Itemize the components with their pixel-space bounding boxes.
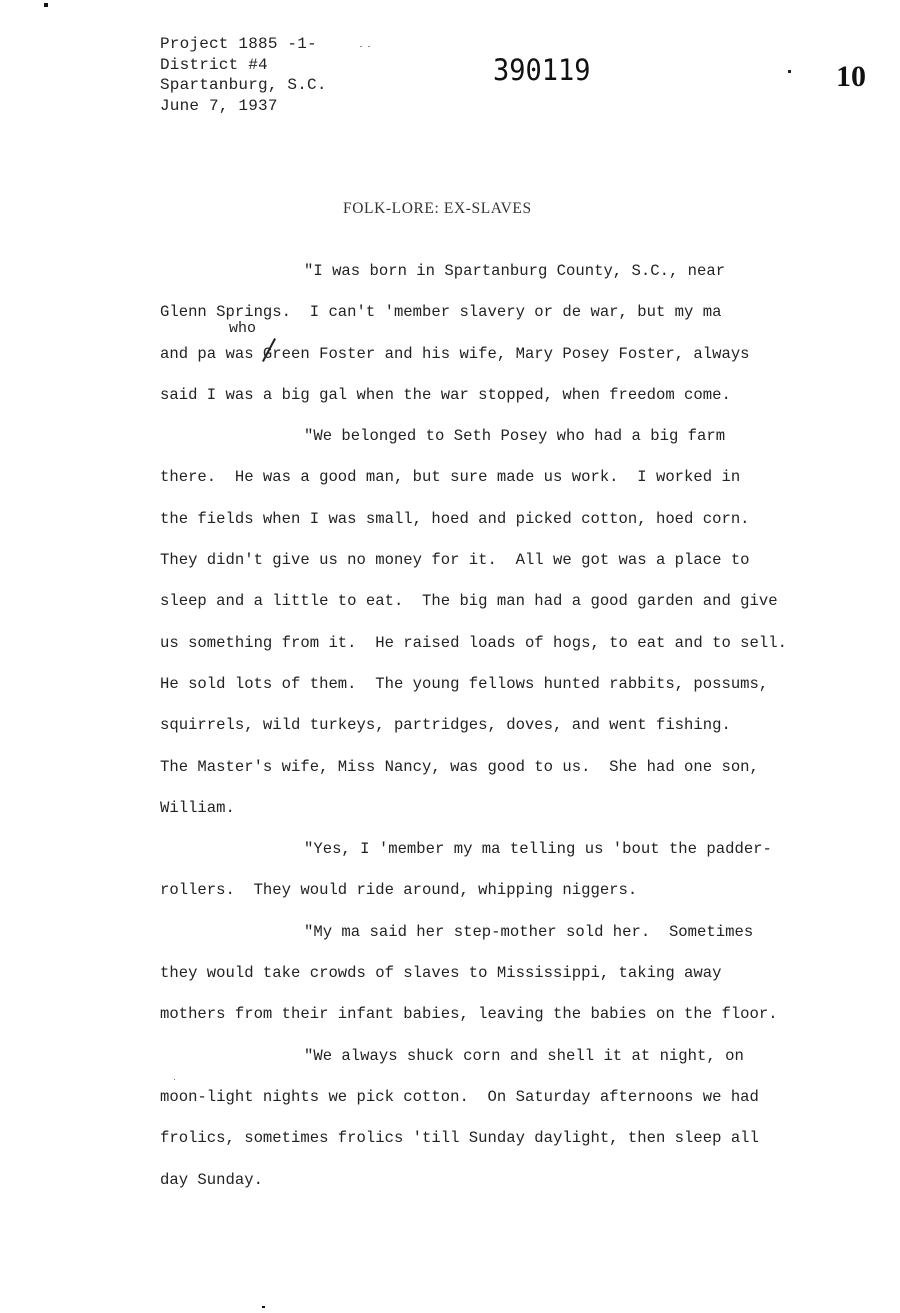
text-line: squirrels, wild turkeys, partridges, dov… <box>160 712 860 753</box>
scan-speck <box>44 3 48 7</box>
line-text: the fields when I was small, hoed and pi… <box>160 510 750 528</box>
handwritten-insertion: who <box>229 319 256 339</box>
typewritten-page: Project 1885 -1- District #4 Spartanburg… <box>0 0 900 1313</box>
location-line: Spartanburg, S.C. <box>160 75 327 96</box>
text-line: there. He was a good man, but sure made … <box>160 464 860 505</box>
text-line: rollers. They would ride around, whippin… <box>160 877 860 918</box>
text-line: They didn't give us no money for it. All… <box>160 547 860 588</box>
document-number-stamp: 390119 <box>493 54 591 87</box>
line-text: "I was born in Spartanburg County, S.C.,… <box>304 262 725 280</box>
line-text: there. He was a good man, but sure made … <box>160 468 740 486</box>
line-text: "We always shuck corn and shell it at ni… <box>304 1047 744 1065</box>
page-number: 10 <box>836 60 866 94</box>
text-line: frolics, sometimes frolics 'till Sunday … <box>160 1125 860 1166</box>
text-line: mothers from their infant babies, leavin… <box>160 1001 860 1042</box>
line-text: William. <box>160 799 235 817</box>
line-text: rollers. They would ride around, whippin… <box>160 881 637 899</box>
dot-mark <box>788 70 791 73</box>
line-text: day Sunday. <box>160 1171 263 1189</box>
text-line: moon-light nights we pick cotton. On Sat… <box>160 1084 860 1125</box>
line-text: He sold lots of them. The young fellows … <box>160 675 768 693</box>
line-text: "Yes, I 'member my ma telling us 'bout t… <box>304 840 772 858</box>
text-line: they would take crowds of slaves to Miss… <box>160 960 860 1001</box>
date-line: June 7, 1937 <box>160 96 327 117</box>
line-text: squirrels, wild turkeys, partridges, dov… <box>160 716 731 734</box>
line-text: said I was a big gal when the war stoppe… <box>160 386 731 404</box>
line-text: moon-light nights we pick cotton. On Sat… <box>160 1088 759 1106</box>
text-line: Glenn Springs. I can't 'member slavery o… <box>160 299 860 340</box>
text-line: said I was a big gal when the war stoppe… <box>160 382 860 423</box>
line-text: The Master's wife, Miss Nancy, was good … <box>160 758 759 776</box>
line-text: "We belonged to Seth Posey who had a big… <box>304 427 725 445</box>
line-text: they would take crowds of slaves to Miss… <box>160 964 721 982</box>
line-text: us something from it. He raised loads of… <box>160 634 787 652</box>
project-line: Project 1885 -1- <box>160 34 327 55</box>
text-line: us something from it. He raised loads of… <box>160 630 860 671</box>
line-text: frolics, sometimes frolics 'till Sunday … <box>160 1129 759 1147</box>
text-line: The Master's wife, Miss Nancy, was good … <box>160 754 860 795</box>
text-line: William. <box>160 795 860 836</box>
paragraph-first-line: "I was born in Spartanburg County, S.C.,… <box>160 258 860 299</box>
text-line: and pa was Green Foster and his wife, Ma… <box>160 341 860 382</box>
paragraph-first-line: "Yes, I 'member my ma telling us 'bout t… <box>160 836 860 877</box>
text-line: He sold lots of them. The young fellows … <box>160 671 860 712</box>
paragraph-first-line: "We belonged to Seth Posey who had a big… <box>160 423 860 464</box>
line-text: "My ma said her step-mother sold her. So… <box>304 923 753 941</box>
text-line: day Sunday. <box>160 1167 860 1208</box>
scan-speck <box>360 46 362 47</box>
text-line: the fields when I was small, hoed and pi… <box>160 506 860 547</box>
district-line: District #4 <box>160 55 327 76</box>
line-text: They didn't give us no money for it. All… <box>160 551 750 569</box>
line-text: sleep and a little to eat. The big man h… <box>160 592 778 610</box>
document-header: Project 1885 -1- District #4 Spartanburg… <box>160 34 327 116</box>
scan-speck <box>262 1306 265 1308</box>
scan-speck <box>368 46 370 47</box>
paragraph-first-line: "My ma said her step-mother sold her. So… <box>160 919 860 960</box>
line-text: and pa was Green Foster and his wife, Ma… <box>160 345 750 363</box>
document-body: "I was born in Spartanburg County, S.C.,… <box>160 258 860 1208</box>
text-line: sleep and a little to eat. The big man h… <box>160 588 860 629</box>
document-title: FOLK-LORE: EX-SLAVES <box>343 200 532 218</box>
line-text: mothers from their infant babies, leavin… <box>160 1005 778 1023</box>
paragraph-first-line: "We always shuck corn and shell it at ni… <box>160 1043 860 1084</box>
